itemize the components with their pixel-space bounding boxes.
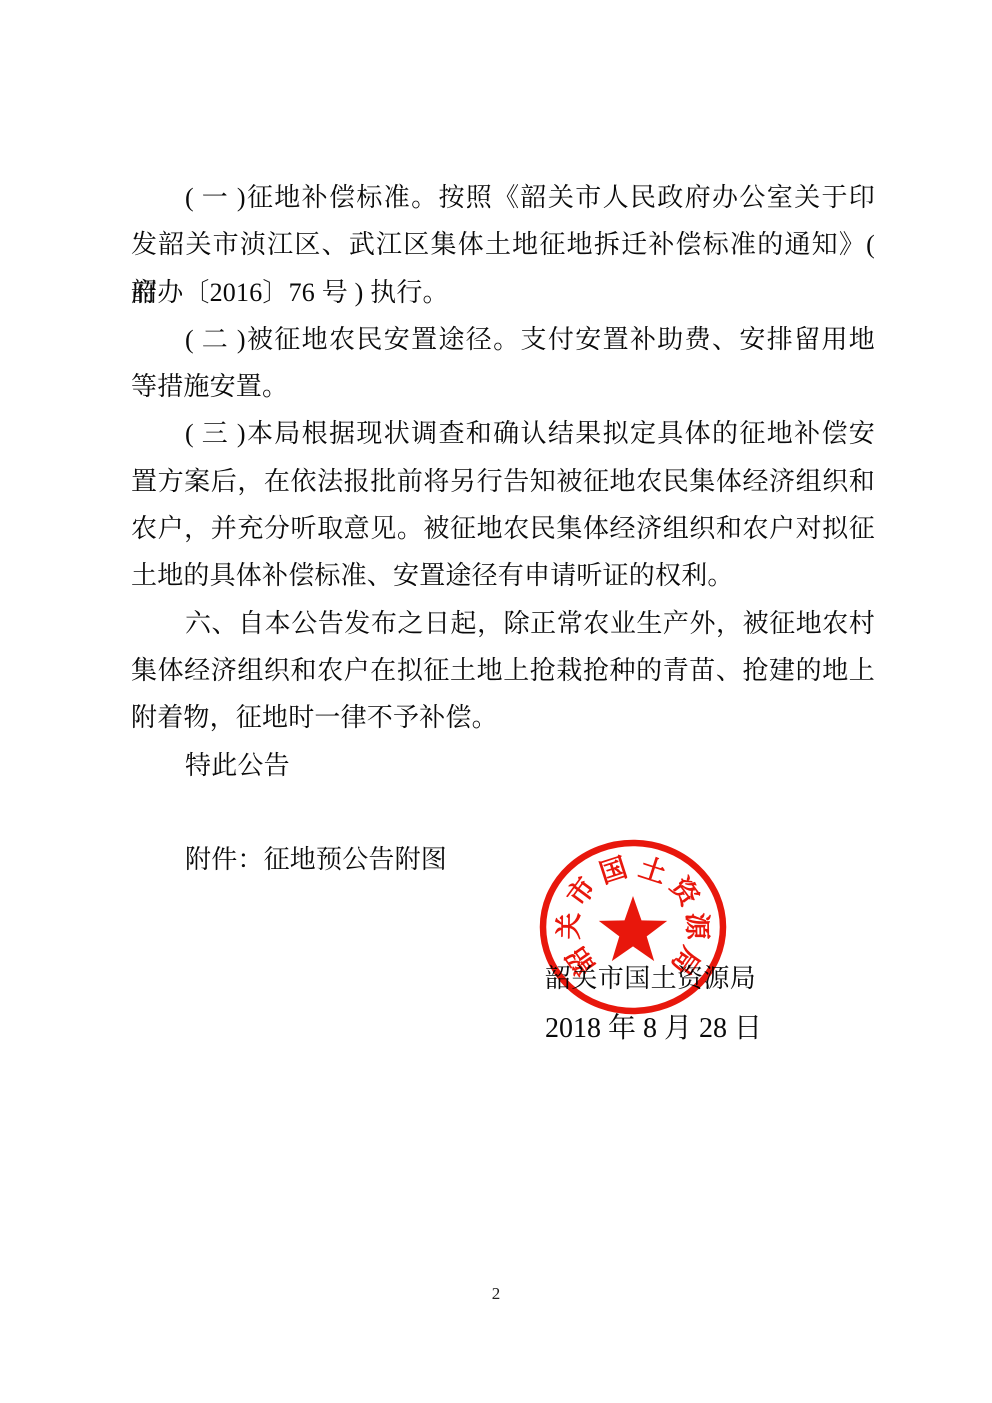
document-line: 发韶关市浈江区、武江区集体土地征地拆迁补偿标准的通知》( 韶 (131, 221, 875, 268)
page-number: 2 (446, 1284, 546, 1304)
document-line: ( 二 )被征地农民安置途径。支付安置补助费、安排留用地 (131, 316, 875, 363)
document-line: ( 三 )本局根据现状调查和确认结果拟定具体的征地补偿安 (131, 410, 875, 457)
star-icon (599, 896, 667, 961)
document-line: 等措施安置。 (131, 363, 875, 410)
signature-agency: 韶关市国土资源局 (545, 962, 805, 996)
blank-line (131, 789, 875, 836)
document-page: ( 一 )征地补偿标准。按照《韶关市人民政府办公室关于印 发韶关市浈江区、武江区… (0, 0, 992, 1403)
document-line: 集体经济组织和农户在拟征土地上抢栽抢种的青苗、抢建的地上 (131, 647, 875, 694)
seal-char: 源 (682, 913, 712, 941)
document-body: ( 一 )征地补偿标准。按照《韶关市人民政府办公室关于印 发韶关市浈江区、武江区… (131, 174, 875, 883)
document-line: 农户，并充分听取意见。被征地农民集体经济组织和农户对拟征 (131, 505, 875, 552)
attachment-line: 附件：征地预公告附图 (131, 836, 875, 883)
signature-date: 2018 年 8 月 28 日 (545, 1012, 805, 1046)
document-line: 置方案后，在依法报批前将另行告知被征地农民集体经济组织和 (131, 458, 875, 505)
seal-char: 关 (554, 913, 584, 940)
document-line: 附着物，征地时一律不予补偿。 (131, 694, 875, 741)
closing-line: 特此公告 (131, 742, 875, 789)
document-line: 土地的具体补偿标准、安置途径有申请听证的权利。 (131, 552, 875, 599)
signature-block: 韶关市国土资源局 2018 年 8 月 28 日 (545, 962, 805, 1046)
document-line: 府办〔2016〕76 号 ) 执行。 (131, 269, 875, 316)
document-line: 六、自本公告发布之日起，除正常农业生产外，被征地农村 (131, 600, 875, 647)
document-line: ( 一 )征地补偿标准。按照《韶关市人民政府办公室关于印 (131, 174, 875, 221)
